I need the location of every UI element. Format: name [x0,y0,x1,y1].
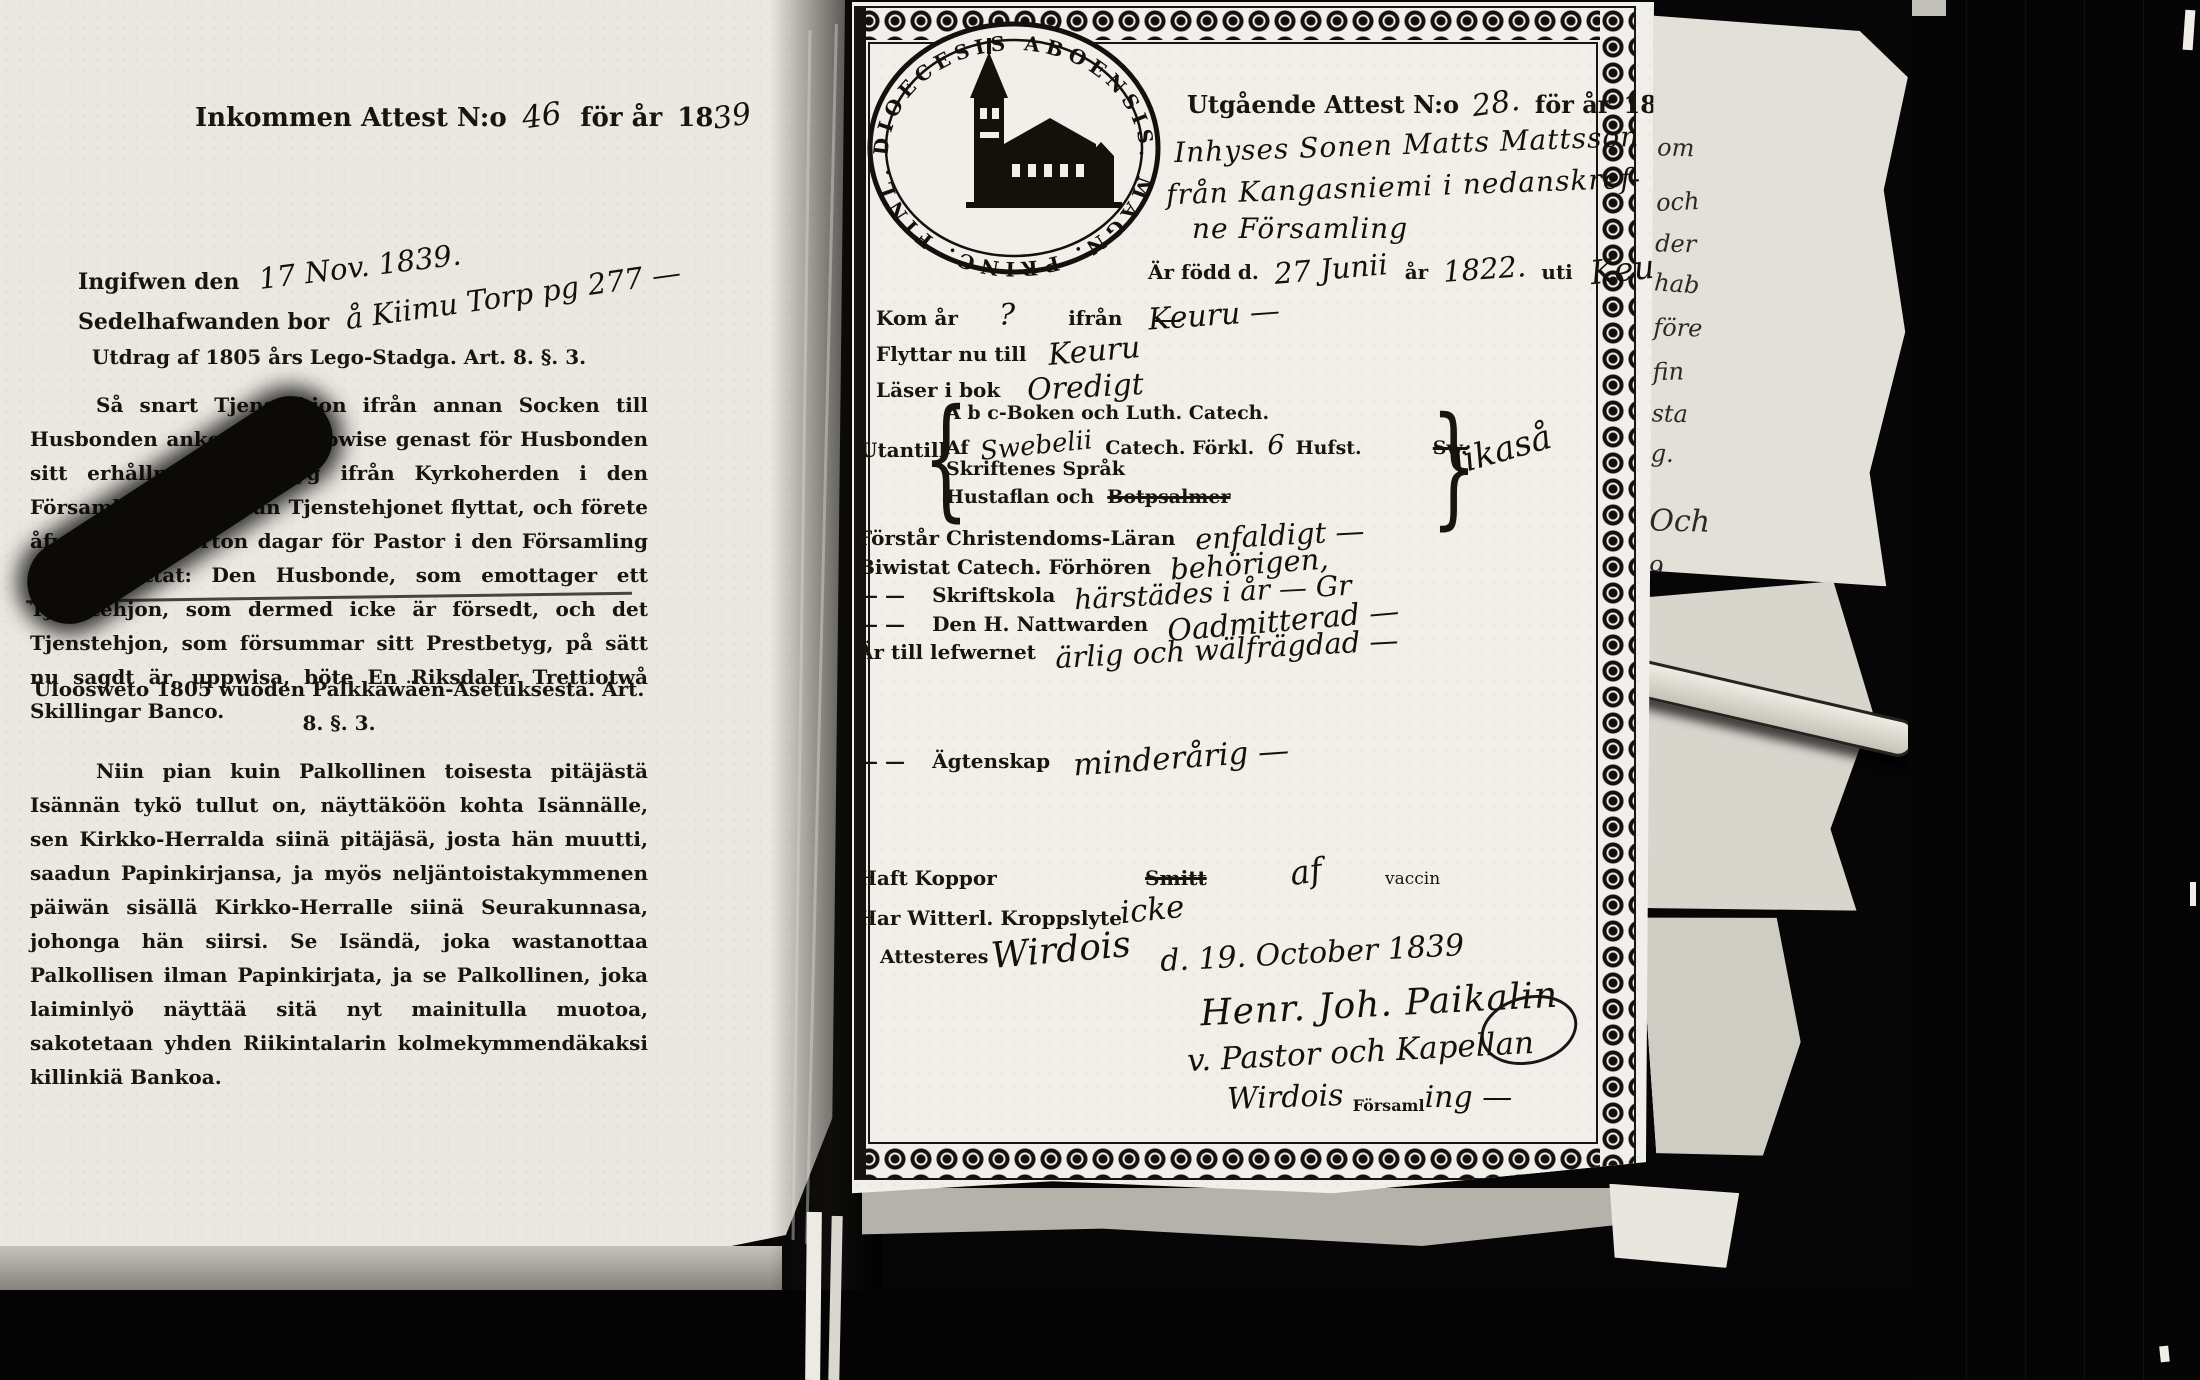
left-book-page: Inkommen Attest N:o 46 för år 1839 Ingif… [0,0,845,1300]
scribble-fragment: Och [1649,503,1710,539]
koppor-row: Haft Koppor Smitt af vaccin [858,860,1598,904]
received-label: Ingifwen den [78,269,239,295]
utgaende-header: Utgående Attest N:o 28. för år 1839. [1187,86,1703,121]
inkommen-year-hw: 39 [711,96,754,137]
paper-stack-bottom [1640,907,1809,1163]
diocese-seal: DIOECESIS ABOENSIS. MAGN. PRINC. FINL. [862,16,1166,280]
agtenskap-row: — — Ägtenskap minderårig — [858,740,1289,776]
born-day: 27 Junii [1273,247,1389,291]
holder-row: Sedelhafwanden bor å Kiimu Torp pg 277 — [78,302,687,336]
inkommen-year-printed: 18 [677,103,713,133]
scribble-fragment: 9. [1648,555,1671,583]
lefwernet-row: Är till lefwernet ärlig och wälfrägdad — [858,632,1399,666]
received-value: 17 Nov. 1839. [256,237,462,296]
utantill-item-4: Hustaflan och Botpsalmer [946,486,1231,508]
page-edge-tab [805,1212,822,1380]
kom-row: Kom år ? ifrån Keuru — [876,298,1279,333]
rosette-border-bottom [856,1146,1634,1178]
film-speck [1912,0,1946,16]
scribble-fragment: sta [1651,399,1688,428]
inkommen-header: Inkommen Attest N:o 46 för år 1839 [195,98,752,134]
signature-place: Wirdois Församling — [1227,1080,1512,1115]
person-line-1: Inhyses Sonen Matts Mattsson [1174,128,1639,161]
film-edge [1908,0,2200,1380]
utantill-item-2: Af Swebelii Catech. Förkl. 6 Hufst. Sw. [946,430,1468,461]
utgaende-label: Utgående Attest N:o [1187,90,1459,119]
scribble-fragment: om [1657,133,1695,162]
paper-tab-bottom-right [1607,1184,1740,1268]
utgaende-number: 28. [1470,83,1522,124]
scribble-fragment: och [1655,187,1700,217]
scribble-fragment: der [1655,229,1697,258]
born-year: 1822. [1442,249,1527,289]
finnish-extract-heading: Uloosweto 1805 wuoden Palkkawäen-Asetuks… [30,672,648,740]
microfilm-scan: Inkommen Attest N:o 46 för år 1839 Ingif… [0,0,2200,1380]
utgaende-year-printed: 18 [1624,90,1657,119]
born-row: Är född d. 27 Junii år 1822. uti Keuru [1148,248,1691,287]
born-mid: år [1405,260,1429,284]
scribble-fragment: före [1653,313,1703,342]
film-speck [2159,1346,2170,1363]
flyttar-row: Flyttar nu till Keuru [876,334,1140,369]
person-line-3: ne Församling [1192,212,1408,245]
paper-stack-middle [1636,580,1879,918]
utgaende-mid: för år [1535,90,1611,119]
utantill-item-3: Skriftenes Språk [946,458,1125,480]
utantill-item-1: A b c-Boken och Luth. Catech. [946,402,1269,424]
inkommen-label: Inkommen Attest N:o [195,103,507,133]
scribble-fragment: g. [1650,439,1674,467]
paper-stack-top: om och der hab före fin sta g. Och 9. [1636,15,1920,587]
scribble-fragment: hab [1653,268,1700,299]
table-shadow [0,1290,1920,1380]
attest-form-page: DIOECESIS ABOENSIS. MAGN. PRINC. FINL. [852,2,1654,1198]
holder-label: Sedelhafwanden bor [78,309,329,335]
received-row: Ingifwen den 17 Nov. 1839. [78,262,464,296]
finnish-extract-body: Niin pian kuin Palkollinen toisesta pitä… [30,754,648,1094]
born-label: Är född d. [1148,260,1259,284]
born-uti: uti [1541,260,1572,284]
paper-under-form [862,1188,1662,1246]
scribble-fragment: fin [1652,357,1684,386]
struck-smitt: Smitt [1145,866,1207,890]
laser-row: Läser i bok Oredigt [876,370,1144,405]
swedish-extract-heading: Utdrag af 1805 års Lego-Stadga. Art. 8. … [30,340,648,374]
finnish-extract: Uloosweto 1805 wuoden Palkkawäen-Asetuks… [30,672,648,1094]
struck-botpsalmer: Botpsalmer [1107,486,1230,508]
utantill-result: likaså [1452,430,1552,470]
inkommen-number: 46 [519,95,563,136]
film-speck [2190,882,2196,906]
inkommen-mid: för år [580,103,662,133]
person-line-2: från Kangasniemi i nedanskref- [1166,170,1641,203]
signature-title: v. Pastor och Kapellan [1187,1034,1534,1070]
